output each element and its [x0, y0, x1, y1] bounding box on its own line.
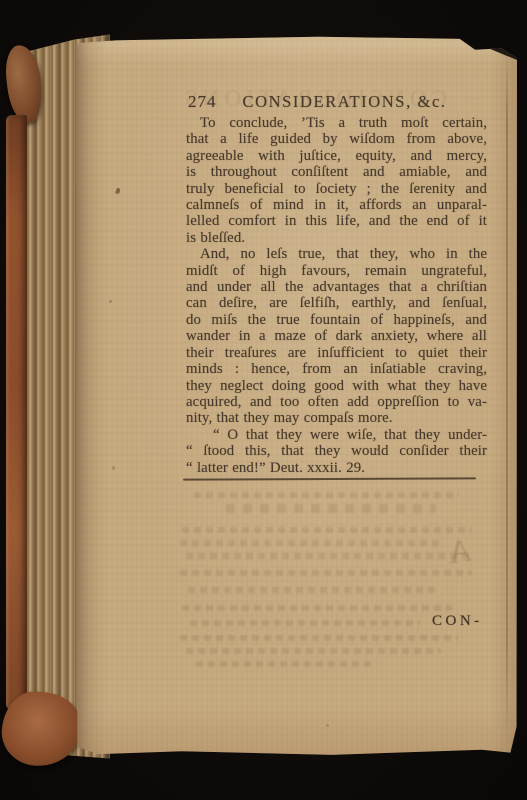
- text-line: “ ſtood this, that they would conſider t…: [186, 443, 487, 459]
- text-line: is throughout conſiſtent and amiable, an…: [186, 164, 487, 180]
- quote-paragraph: “ O that they were wiſe, that they under…: [186, 427, 487, 476]
- show-through-line: [194, 492, 459, 498]
- text-line: “ O that they were wiſe, that they under…: [186, 427, 487, 443]
- text-line: their treaſures are inſufficient to quie…: [186, 345, 487, 361]
- text-line: they neglect doing good with what they h…: [186, 378, 487, 394]
- show-through-line: [186, 648, 441, 654]
- ink-speck: [326, 724, 329, 727]
- ink-speck: [112, 466, 115, 470]
- page-corner-shadow: [459, 36, 517, 60]
- show-through-line: [186, 553, 470, 559]
- text-line: calmneſs of mind in it, affords an unpar…: [186, 197, 487, 213]
- page-header: 274 CONSIDERATIONS, &c.: [186, 92, 488, 112]
- text-line: truly beneficial to ſociety ; the ſereni…: [186, 181, 487, 197]
- show-through-line: [196, 661, 376, 667]
- text-line: that a life guided by wiſdom from above,: [186, 131, 487, 147]
- ink-speck: [115, 188, 121, 195]
- text-line: and under all the advantages that a chri…: [186, 279, 487, 295]
- text-line: And, no leſs true, that they, who in the: [186, 246, 487, 262]
- text-line: midſt of high favours, remain ungrateful…: [186, 263, 487, 279]
- show-through-line: [180, 540, 440, 546]
- body-text: To conclude, ’Tis a truth moſt certain,t…: [186, 115, 487, 476]
- section-rule: [183, 477, 476, 480]
- show-through-line: [182, 527, 472, 533]
- show-through-line: [180, 635, 458, 641]
- text-line: can deſire, are ſelfiſh, earthly, and ſe…: [186, 295, 487, 311]
- gutter-fold: [506, 54, 508, 744]
- show-through-line: [226, 504, 436, 513]
- ink-speck: [376, 448, 379, 451]
- show-through-line: [180, 570, 472, 576]
- text-line: nity, that they may compaſs more.: [186, 410, 487, 426]
- text-line: is bleſſed.: [186, 230, 487, 246]
- text-line: “ latter end!” Deut. xxxii. 29.: [186, 460, 487, 476]
- leather-binding-strip: [6, 115, 27, 710]
- text-line: agreeable with juſtice, equity, and merc…: [186, 148, 487, 164]
- show-through-line: [182, 605, 452, 611]
- text-line: To conclude, ’Tis a truth moſt certain,: [186, 115, 487, 131]
- show-through-line: [188, 587, 438, 593]
- catchword: CON-: [432, 613, 522, 630]
- show-through-line: [190, 620, 420, 626]
- text-line: do miſs the true fountain of happineſs, …: [186, 312, 487, 328]
- book-page: CONSIDERATIONS A 274 CONSIDERATIONS, &c.…: [76, 36, 517, 757]
- paragraph: And, no leſs true, that they, who in the…: [186, 246, 487, 426]
- ink-speck: [109, 300, 112, 303]
- book-scan-photo: CONSIDERATIONS A 274 CONSIDERATIONS, &c.…: [0, 0, 527, 800]
- text-line: acquired, and too often add oppreſſion t…: [186, 394, 487, 410]
- text-line: lelled comfort in this life, and the end…: [186, 213, 487, 229]
- running-title: CONSIDERATIONS, &c.: [243, 92, 447, 112]
- paragraph: To conclude, ’Tis a truth moſt certain,t…: [186, 115, 487, 246]
- text-line: minds : hence, from an inſatiable cravin…: [186, 361, 487, 377]
- page-number: 274: [188, 92, 217, 112]
- text-line: wander in a maze of dark anxiety, where …: [186, 328, 487, 344]
